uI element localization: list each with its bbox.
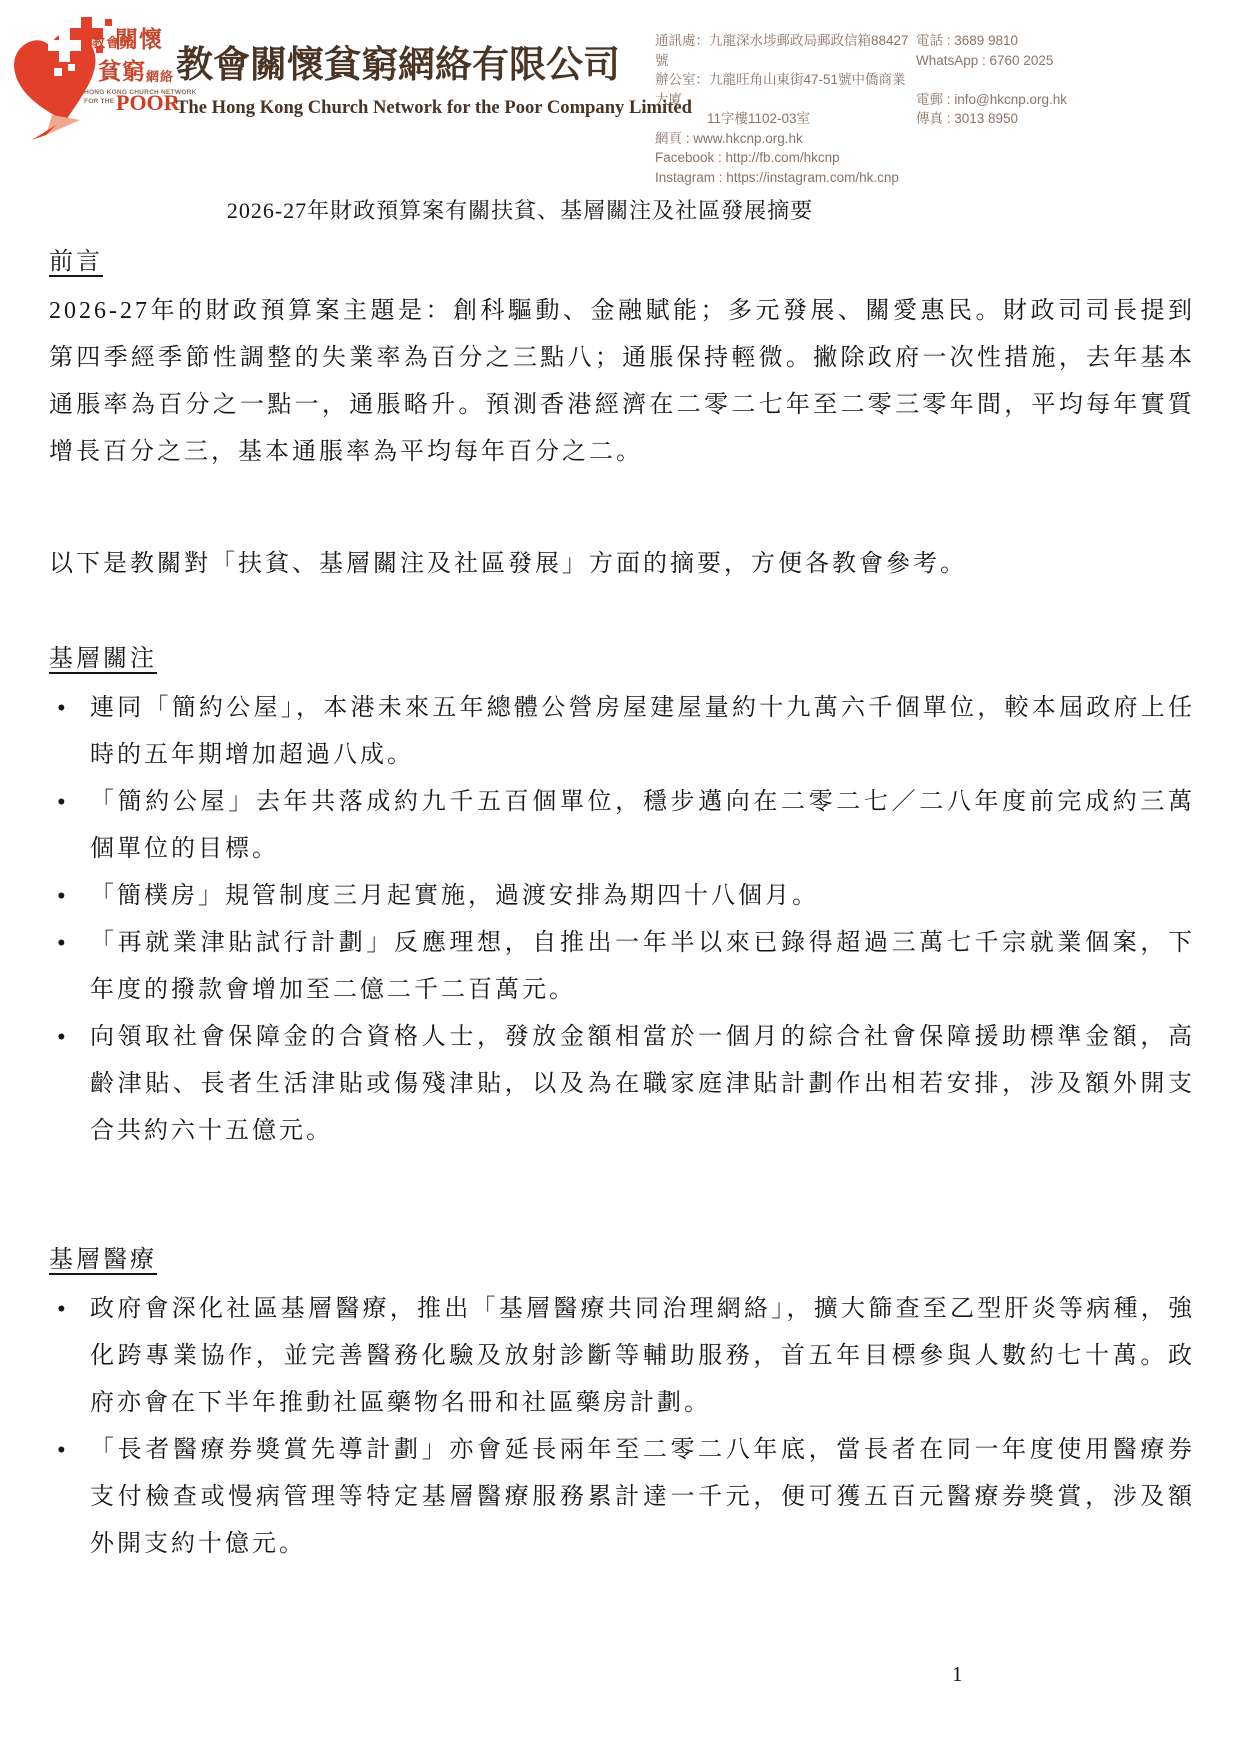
contact-spacer [916, 70, 1216, 90]
bullet-icon: • [57, 920, 66, 967]
contact-info-right: 電話 : 3689 9810 WhatsApp : 6760 2025 電郵 :… [916, 31, 1216, 129]
intro-line: 以下是教關對「扶貧、基層關注及社區發展」方面的摘要，方便各教會參考。 [49, 541, 1195, 588]
contact-whatsapp: WhatsApp : 6760 2025 [916, 51, 1216, 71]
page-number: 1 [952, 1662, 963, 1687]
contact-mailing-address: 通訊處：九龍深水埗郵政局郵政信箱88427號 [655, 31, 915, 70]
contact-website: 網頁 : www.hkcnp.org.hk [655, 129, 915, 149]
logo-zh-word3: 貧窮 [98, 60, 146, 83]
org-logo: 教會 關懷 貧窮 網絡 HONG KONG CHURCH NETWORK FOR… [12, 12, 182, 152]
list-item-text: 「簡樸房」規管制度三月起實施，過渡安排為期四十八個月。 [90, 883, 819, 909]
list-item-text: 連同「簡約公屋」，本港未來五年總體公營房屋建屋量約十九萬六千個單位，較本屆政府上… [90, 695, 1195, 768]
org-name-en: The Hong Kong Church Network for the Poo… [176, 97, 646, 119]
org-name-block: 教會關懷貧窮網絡有限公司 The Hong Kong Church Networ… [176, 34, 646, 119]
list-item: •向領取社會保障金的合資格人士，發放金額相當於一個月的綜合社會保障援助標準金額，… [49, 1014, 1195, 1155]
contact-office-address-line2: 11字樓1102-03室 [655, 109, 915, 129]
org-name-zh: 教會關懷貧窮網絡有限公司 [176, 34, 646, 88]
list-item-text: 「再就業津貼試行計劃」反應理想，自推出一年半以來已錄得超過三萬七千宗就業個案，下… [90, 930, 1195, 1003]
logo-zh-word2: 關懷 [115, 28, 163, 51]
list-item: •「再就業津貼試行計劃」反應理想，自推出一年半以來已錄得超過三萬七千宗就業個案，… [49, 920, 1195, 1014]
document-title: 2026-27年財政預算案有關扶貧、基層關注及社區發展摘要 [0, 194, 1040, 225]
list-item-text: 「長者醫療券獎賞先導計劃」亦會延長兩年至二零二八年底，當長者在同一年度使用醫療券… [90, 1437, 1195, 1557]
contact-email: 電郵 : info@hkcnp.org.hk [916, 90, 1216, 110]
bullet-icon: • [57, 1427, 66, 1474]
contact-instagram: Instagram : https://instagram.com/hk.cnp [655, 168, 915, 188]
section-grassroots-heading: 基層關注 [49, 638, 157, 673]
bullet-icon: • [57, 1286, 66, 1333]
section-primary-healthcare-heading: 基層醫療 [49, 1239, 157, 1274]
logo-en-line2: FOR THE [84, 99, 114, 106]
list-item: •連同「簡約公屋」，本港未來五年總體公營房屋建屋量約十九萬六千個單位，較本屆政府… [49, 685, 1195, 779]
bullet-icon: • [57, 779, 66, 826]
section-primary-healthcare-list: •政府會深化社區基層醫療，推出「基層醫療共同治理網絡」，擴大篩查至乙型肝炎等病種… [49, 1286, 1195, 1568]
bullet-icon: • [57, 1014, 66, 1061]
bullet-icon: • [57, 685, 66, 732]
preface-paragraph: 2026-27年的財政預算案主題是：創科驅動、金融賦能；多元發展、關愛惠民。財政… [49, 288, 1195, 476]
document-page: { "colors": { "heart_red": "#e2402a", "f… [0, 0, 1241, 1755]
list-item-text: 「簡約公屋」去年共落成約九千五百個單位，穩步邁向在二零二七／二八年度前完成約三萬… [90, 789, 1195, 862]
list-item-text: 政府會深化社區基層醫療，推出「基層醫療共同治理網絡」，擴大篩查至乙型肝炎等病種，… [90, 1296, 1195, 1416]
contact-info-left: 通訊處：九龍深水埗郵政局郵政信箱88427號 辦公室：九龍旺角山東街47-51號… [655, 31, 915, 187]
fold-corner [46, 115, 80, 135]
list-item-text: 向領取社會保障金的合資格人士，發放金額相當於一個月的綜合社會保障援助標準金額，高… [90, 1024, 1195, 1144]
logo-en-poor: POOR [116, 92, 180, 114]
contact-phone: 電話 : 3689 9810 [916, 31, 1216, 51]
list-item: •「簡約公屋」去年共落成約九千五百個單位，穩步邁向在二零二七／二八年度前完成約三… [49, 779, 1195, 873]
contact-office-address: 辦公室：九龍旺角山東街47-51號中僑商業大廈 [655, 70, 915, 109]
bullet-icon: • [57, 873, 66, 920]
contact-facebook: Facebook : http://fb.com/hkcnp [655, 148, 915, 168]
section-grassroots-list: •連同「簡約公屋」，本港未來五年總體公營房屋建屋量約十九萬六千個單位，較本屆政府… [49, 685, 1195, 1155]
list-item: •「簡樸房」規管制度三月起實施，過渡安排為期四十八個月。 [49, 873, 1195, 920]
logo-zh-word4: 網絡 [146, 70, 174, 83]
list-item: •「長者醫療券獎賞先導計劃」亦會延長兩年至二零二八年底，當長者在同一年度使用醫療… [49, 1427, 1195, 1568]
list-item: •政府會深化社區基層醫療，推出「基層醫療共同治理網絡」，擴大篩查至乙型肝炎等病種… [49, 1286, 1195, 1427]
contact-fax: 傳真 : 3013 8950 [916, 109, 1216, 129]
preface-heading: 前言 [49, 241, 103, 276]
